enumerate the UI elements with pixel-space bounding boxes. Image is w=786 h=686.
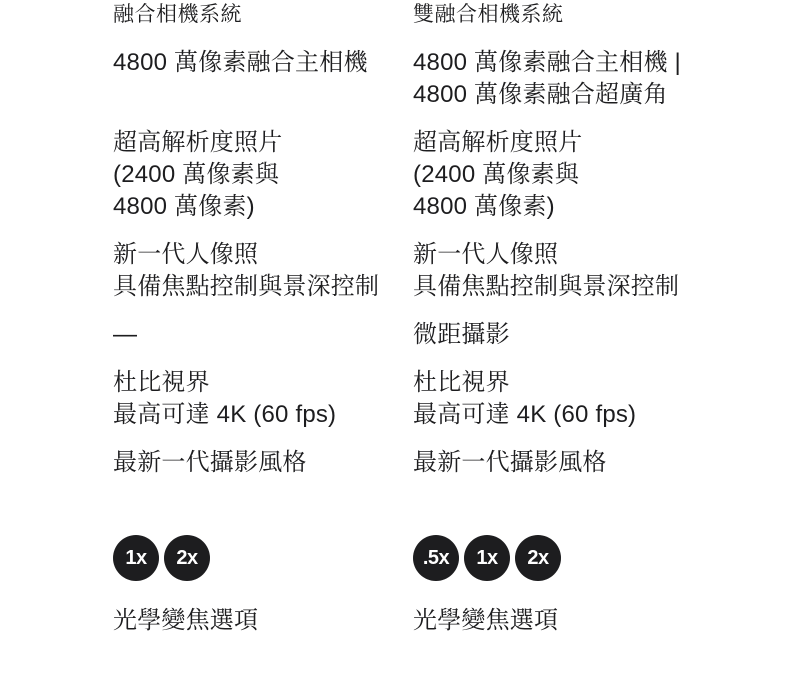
zoom-badges-right: .5x 1x 2x — [413, 535, 713, 581]
zoom-badge-group: .5x 1x 2x — [413, 535, 713, 581]
spec-line: 4800 萬像素) — [113, 191, 413, 223]
spec-line: 具備焦點控制與景深控制 — [113, 271, 413, 303]
zoom-label-cell-right: 光學變焦選項 — [413, 605, 713, 637]
spec-line: 杜比視界 — [113, 367, 413, 399]
spec-line: 4800 萬像素) — [413, 191, 713, 223]
dolby-vision-row: 杜比視界 最高可達 4K (60 fps) 杜比視界 最高可達 4K (60 f… — [113, 367, 786, 431]
camera-system-title-left: 融合相機系統 — [113, 0, 413, 30]
portrait-spec-left: 新一代人像照 具備焦點控制與景深控制 — [113, 239, 413, 303]
camera-system-header-row: 融合相機系統 雙融合相機系統 — [113, 0, 786, 30]
spec-line: 4800 萬像素融合主相機 — [113, 47, 413, 79]
spec-line: 最新一代攝影風格 — [113, 447, 413, 479]
compare-page: 融合相機系統 雙融合相機系統 4800 萬像素融合主相機 4800 萬像素融合主… — [0, 0, 786, 686]
high-res-photo-row: 超高解析度照片 (2400 萬像素與 4800 萬像素) 超高解析度照片 (24… — [113, 127, 786, 223]
camera-system-title-right: 雙融合相機系統 — [413, 0, 713, 30]
zoom-badge-1x: 1x — [464, 535, 510, 581]
main-camera-spec-left: 4800 萬像素融合主相機 — [113, 47, 413, 111]
spec-line: 杜比視界 — [413, 367, 713, 399]
macro-row: — 微距攝影 — [113, 319, 786, 351]
optical-zoom-label: 光學變焦選項 — [413, 605, 713, 637]
camera-system-cell-left: 融合相機系統 — [113, 0, 413, 30]
zoom-badge-2x: 2x — [164, 535, 210, 581]
spec-line: 具備焦點控制與景深控制 — [413, 271, 713, 303]
spec-line: 4800 萬像素融合主相機 | — [413, 47, 713, 79]
zoom-badges-left: 1x 2x — [113, 535, 413, 581]
portrait-spec-right: 新一代人像照 具備焦點控制與景深控制 — [413, 239, 713, 303]
spec-line: 最新一代攝影風格 — [413, 447, 713, 479]
main-camera-spec-right: 4800 萬像素融合主相機 | 4800 萬像素融合超廣角 — [413, 47, 713, 111]
spec-line: (2400 萬像素與 — [113, 159, 413, 191]
spec-line: 超高解析度照片 — [413, 127, 713, 159]
camera-compare-table: 融合相機系統 雙融合相機系統 4800 萬像素融合主相機 4800 萬像素融合主… — [0, 0, 786, 667]
macro-spec-left: — — [113, 319, 413, 351]
not-available-dash: — — [113, 319, 413, 351]
spec-line: 新一代人像照 — [413, 239, 713, 271]
spec-line: 最高可達 4K (60 fps) — [413, 399, 713, 431]
spec-line: 4800 萬像素融合超廣角 — [413, 79, 713, 111]
zoom-badge-1x: 1x — [113, 535, 159, 581]
spec-line: (2400 萬像素與 — [413, 159, 713, 191]
dolby-vision-spec-left: 杜比視界 最高可達 4K (60 fps) — [113, 367, 413, 431]
zoom-badge-05x: .5x — [413, 535, 459, 581]
optical-zoom-label: 光學變焦選項 — [113, 605, 413, 637]
high-res-photo-spec-left: 超高解析度照片 (2400 萬像素與 4800 萬像素) — [113, 127, 413, 223]
zoom-badges-row: 1x 2x .5x 1x 2x — [113, 535, 786, 581]
photographic-styles-row: 最新一代攝影風格 最新一代攝影風格 — [113, 447, 786, 479]
camera-system-cell-right: 雙融合相機系統 — [413, 0, 713, 30]
spec-line: 新一代人像照 — [113, 239, 413, 271]
photographic-styles-spec-left: 最新一代攝影風格 — [113, 447, 413, 479]
zoom-label-cell-left: 光學變焦選項 — [113, 605, 413, 637]
zoom-badge-group: 1x 2x — [113, 535, 413, 581]
main-camera-row: 4800 萬像素融合主相機 4800 萬像素融合主相機 | 4800 萬像素融合… — [113, 47, 786, 111]
spec-line: 微距攝影 — [413, 319, 713, 351]
high-res-photo-spec-right: 超高解析度照片 (2400 萬像素與 4800 萬像素) — [413, 127, 713, 223]
macro-spec-right: 微距攝影 — [413, 319, 713, 351]
zoom-badge-2x: 2x — [515, 535, 561, 581]
dolby-vision-spec-right: 杜比視界 最高可達 4K (60 fps) — [413, 367, 713, 431]
spec-line: 超高解析度照片 — [113, 127, 413, 159]
portrait-row: 新一代人像照 具備焦點控制與景深控制 新一代人像照 具備焦點控制與景深控制 — [113, 239, 786, 303]
spec-line: 最高可達 4K (60 fps) — [113, 399, 413, 431]
zoom-label-row: 光學變焦選項 光學變焦選項 — [113, 605, 786, 637]
photographic-styles-spec-right: 最新一代攝影風格 — [413, 447, 713, 479]
